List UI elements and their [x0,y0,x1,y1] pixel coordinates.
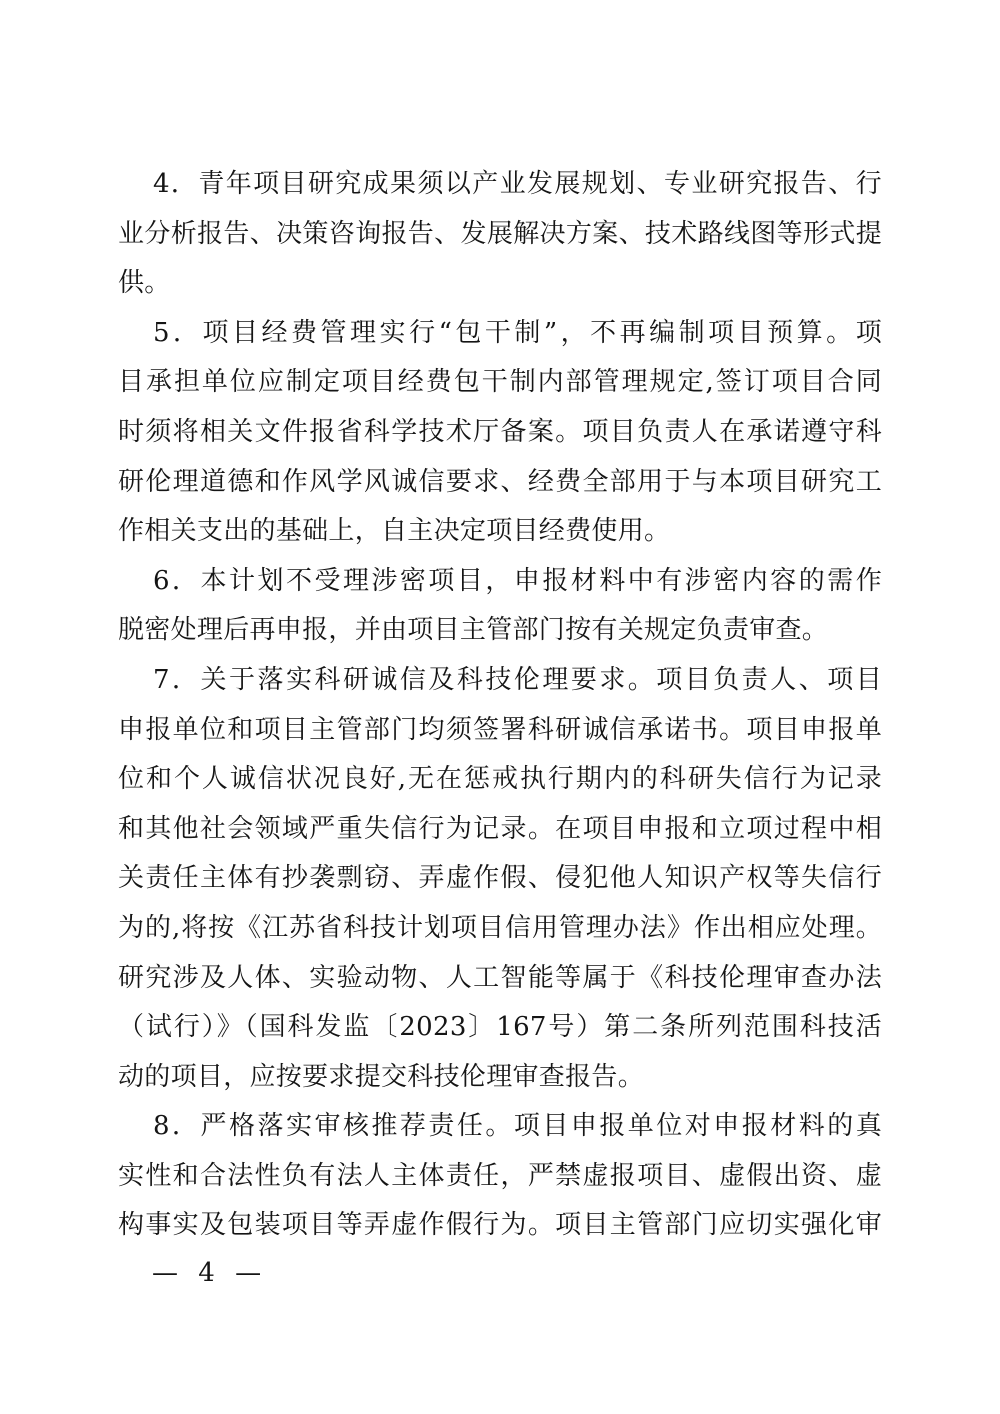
text-line: 5．项目经费管理实行“包干制”，不再编制项目预算。项 [118,309,882,359]
text-line: 位和个人诚信状况良好,无在惩戒执行期内的科研失信行为记录 [118,755,882,805]
text-line: 8．严格落实审核推荐责任。项目申报单位对申报材料的真 [118,1102,882,1152]
text-line: 申报单位和项目主管部门均须签署科研诚信承诺书。项目申报单 [118,706,882,756]
text-line: 6．本计划不受理涉密项目，申报材料中有涉密内容的需作 [118,557,882,607]
page-number: — 4 — [152,1256,263,1290]
paragraph-5: 5．项目经费管理实行“包干制”，不再编制项目预算。项 目承担单位应制定项目经费包… [118,309,882,557]
text-line: 业分析报告、决策咨询报告、发展解决方案、技术路线图等形式提 [118,210,882,260]
paragraph-4: 4．青年项目研究成果须以产业发展规划、专业研究报告、行 业分析报告、决策咨询报告… [118,160,882,309]
paragraph-6: 6．本计划不受理涉密项目，申报材料中有涉密内容的需作 脱密处理后再申报，并由项目… [118,557,882,656]
paragraph-7: 7．关于落实科研诚信及科技伦理要求。项目负责人、项目 申报单位和项目主管部门均须… [118,656,882,1102]
text-line: 动的项目，应按要求提交科技伦理审查报告。 [118,1053,882,1103]
text-line: 7．关于落实科研诚信及科技伦理要求。项目负责人、项目 [118,656,882,706]
text-line: 4．青年项目研究成果须以产业发展规划、专业研究报告、行 [118,160,882,210]
text-line: 脱密处理后再申报，并由项目主管部门按有关规定负责审查。 [118,606,882,656]
text-line: 作相关支出的基础上，自主决定项目经费使用。 [118,507,882,557]
text-line: 供。 [118,259,882,309]
text-line: 为的,将按《江苏省科技计划项目信用管理办法》作出相应处理。 [118,904,882,954]
text-line: （试行）》（国科发监〔2023〕167号）第二条所列范围科技活 [118,1003,882,1053]
scanned-document: { "colors": { "background": "#ffffff", "… [0,0,1000,1414]
text-line: 研究涉及人体、实验动物、人工智能等属于《科技伦理审查办法 [118,954,882,1004]
text-line: 目承担单位应制定项目经费包干制内部管理规定,签订项目合同 [118,358,882,408]
text-line: 时须将相关文件报省科学技术厅备案。项目负责人在承诺遵守科 [118,408,882,458]
text-line: 和其他社会领域严重失信行为记录。在项目申报和立项过程中相 [118,805,882,855]
text-line: 研伦理道德和作风学风诚信要求、经费全部用于与本项目研究工 [118,458,882,508]
document-page: 4．青年项目研究成果须以产业发展规划、专业研究报告、行 业分析报告、决策咨询报告… [118,160,882,1251]
text-line: 构事实及包装项目等弄虚作假行为。项目主管部门应切实强化审 [118,1201,882,1251]
text-line: 关责任主体有抄袭剽窃、弄虚作假、侵犯他人知识产权等失信行 [118,854,882,904]
paragraph-8: 8．严格落实审核推荐责任。项目申报单位对申报材料的真 实性和合法性负有法人主体责… [118,1102,882,1251]
text-line: 实性和合法性负有法人主体责任，严禁虚报项目、虚假出资、虚 [118,1152,882,1202]
